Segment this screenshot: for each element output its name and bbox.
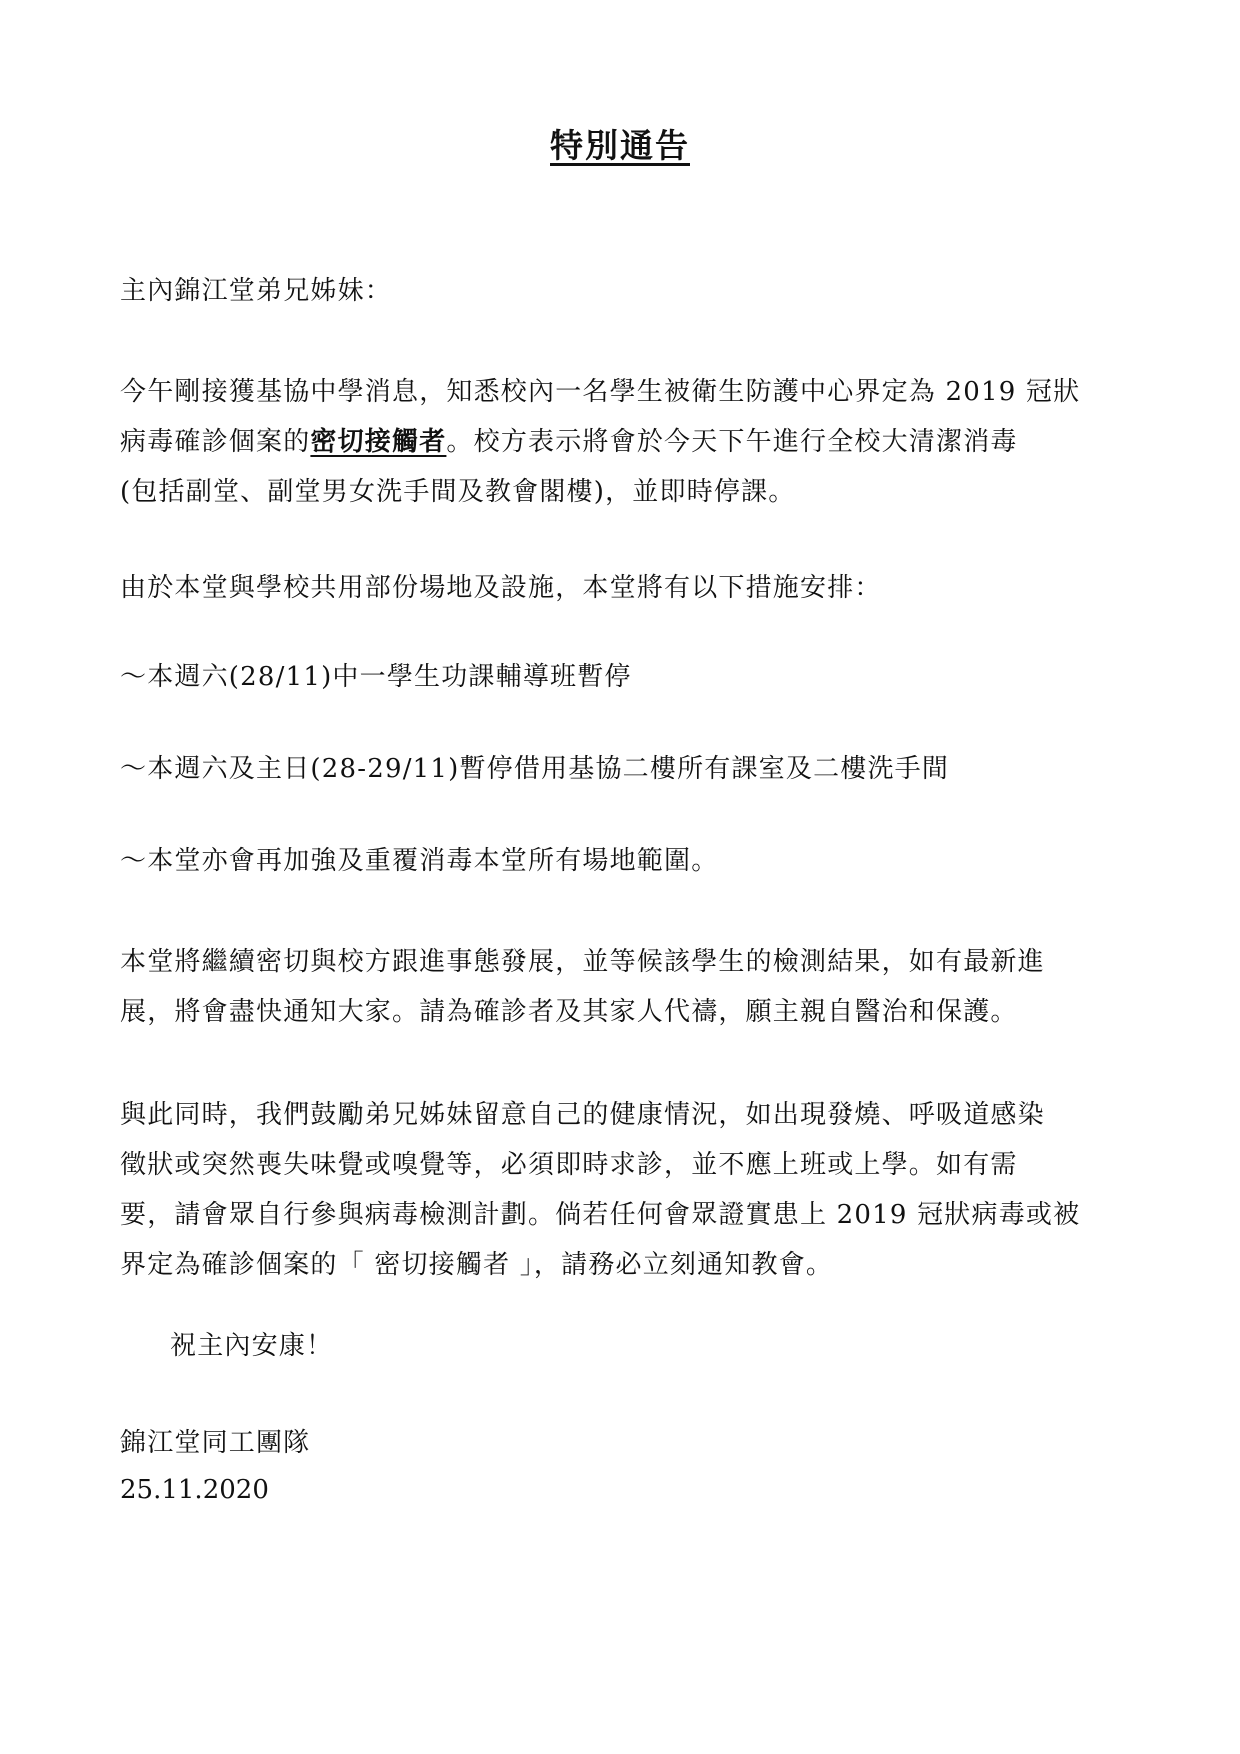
measure-item: ～本堂亦會再加強及重覆消毒本堂所有場地範圍。 — [120, 846, 718, 876]
text-segment: 。校方表示將會於今天下午進行全校大清潔消毒 — [446, 427, 1017, 457]
paragraph-row: 今午剛接獲基協中學消息，知悉校內一名學生被衛生防護中心界定為 2019 冠狀 — [120, 367, 1130, 417]
date: 25.11.2020 — [120, 1475, 269, 1505]
paragraph-row: 展，將會盡快通知大家。請為確診者及其家人代禱，願主親自醫治和保護。 — [120, 987, 1130, 1037]
paragraph-row: (包括副堂、副堂男女洗手間及教會閣樓)，並即時停課。 — [120, 467, 1130, 517]
measure-item: ～本週六及主日(28-29/11)暫停借用基協二樓所有課室及二樓洗手間 — [120, 754, 949, 784]
measure-item: ～本週六(28/11)中一學生功課輔導班暫停 — [120, 662, 632, 692]
salutation: 主內錦江堂弟兄姊妹： — [120, 276, 392, 306]
paragraph-row: 要，請會眾自行參與病毒檢測計劃。倘若任何會眾證實患上 2019 冠狀病毒或被 — [120, 1190, 1130, 1240]
close-contact-emphasis: 密切接觸者 — [310, 427, 446, 457]
paragraph-row: 徵狀或突然喪失味覺或嗅覺等，必須即時求診，並不應上班或上學。如有需 — [120, 1140, 1130, 1190]
paragraph-row: 本堂將繼續密切與校方跟進事態發展，並等候該學生的檢測結果，如有最新進 — [120, 937, 1130, 987]
paragraph-row: 病毒確診個案的密切接觸者。校方表示將會於今天下午進行全校大清潔消毒 — [120, 417, 1130, 467]
paragraph-measures-intro: 由於本堂與學校共用部份場地及設施，本堂將有以下措施安排： — [120, 573, 882, 603]
notice-title-text: 特別通告 — [550, 126, 690, 165]
paragraph-row: 與此同時，我們鼓勵弟兄姊妹留意自己的健康情況，如出現發燒、呼吸道感染 — [120, 1090, 1130, 1140]
signature: 錦江堂同工團隊 — [120, 1428, 310, 1458]
closing-blessing: 祝主內安康！ — [170, 1331, 333, 1361]
text-segment: 病毒確診個案的 — [120, 427, 310, 457]
paragraph-follow-up: 本堂將繼續密切與校方跟進事態發展，並等候該學生的檢測結果，如有最新進 展，將會盡… — [120, 937, 1130, 1037]
notice-page: 特別通告 主內錦江堂弟兄姊妹： 今午剛接獲基協中學消息，知悉校內一名學生被衛生防… — [0, 0, 1240, 1754]
notice-title: 特別通告 — [0, 120, 1240, 167]
paragraph-row: 界定為確診個案的「 密切接觸者 」，請務必立刻通知教會。 — [120, 1240, 1130, 1290]
paragraph-health-advice: 與此同時，我們鼓勵弟兄姊妹留意自己的健康情況，如出現發燒、呼吸道感染 徵狀或突然… — [120, 1090, 1130, 1290]
paragraph-school-notice: 今午剛接獲基協中學消息，知悉校內一名學生被衛生防護中心界定為 2019 冠狀 病… — [120, 367, 1130, 517]
